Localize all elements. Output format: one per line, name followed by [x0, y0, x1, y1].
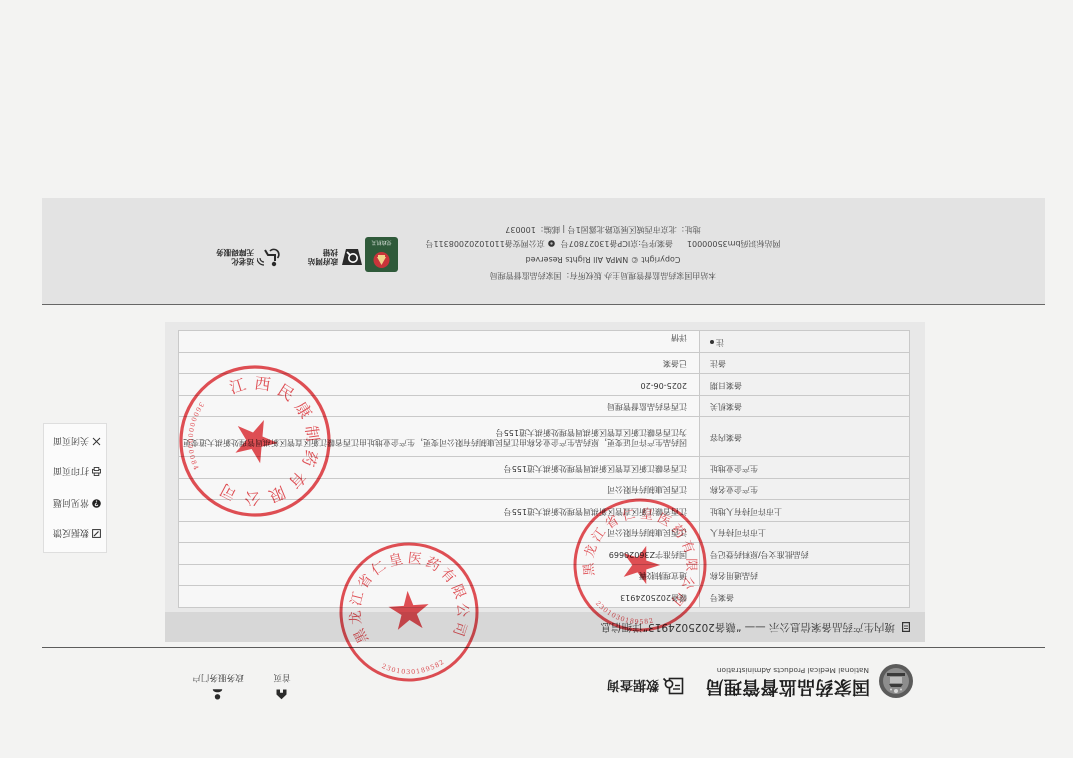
- document-icon: [902, 622, 910, 632]
- table-row: 备案内容 因药品生产许可证变更，原药品生产企业名称由江西民康制药有限公司变更，生…: [179, 417, 910, 457]
- faq-button[interactable]: 常见问题: [45, 494, 101, 514]
- badge-line: 适老化: [216, 257, 254, 266]
- footer-address: 地址：北京市西城区展览路北露园1号 | 邮编：100037: [363, 224, 843, 234]
- question-icon: [92, 500, 101, 509]
- magnifier-icon: [341, 247, 363, 267]
- row-label: 上市许可持有人: [700, 522, 910, 544]
- row-label: 药品通用名称: [700, 565, 910, 587]
- user-icon: [213, 689, 224, 700]
- row-label: 备案机关: [700, 396, 910, 418]
- table-row: 备案机关 江西省药品监督管理局: [179, 396, 910, 418]
- row-label: 备注: [700, 353, 910, 375]
- police-record-link[interactable]: 京公网安备11010202008311号: [425, 239, 544, 248]
- data-feedback-button[interactable]: 数据反馈: [45, 524, 101, 544]
- footer: [42, 198, 1045, 305]
- row-value: 江西省赣江新区直管区新祺周管理处新祺大道155号: [179, 457, 700, 479]
- gov-site-error-report-badge[interactable]: 政府网站 找错: [308, 247, 363, 267]
- row-value: 江西省药品监督管理局: [179, 396, 700, 418]
- row-value: 赣备2025024913: [179, 586, 700, 608]
- home-icon: [277, 689, 288, 700]
- row-value: 因药品生产许可证变更，原药品生产企业名称由江西民康制药有限公司变更，生产企业地址…: [179, 417, 700, 457]
- row-label: 生产企业名称: [700, 479, 910, 501]
- row-value: 江西民康制药有限公司: [179, 479, 700, 501]
- printed-web-page: 国家药品监督管理局 National Medical Products Admi…: [0, 0, 1073, 758]
- scanned-document: 国家药品监督管理局 National Medical Products Admi…: [0, 0, 1073, 758]
- badge-line: 找错: [308, 248, 338, 257]
- row-value: 2025-06-20: [179, 374, 700, 396]
- icp-link[interactable]: 备案序号:京ICP备13027807号: [561, 239, 673, 248]
- edit-icon: [92, 530, 101, 539]
- row-label: 生产企业地址: [700, 457, 910, 479]
- nav-home-label: 首页: [273, 672, 290, 684]
- nav-gov-service-portal-label: 政务服务门户: [192, 672, 244, 684]
- table-row: 备注 已备案: [179, 353, 910, 375]
- nav-home[interactable]: 首页: [252, 672, 312, 700]
- row-label: 上市许可持有人地址: [700, 500, 910, 522]
- footer-sponsor: 本站由国家药品监督管理局主办 版权所有：国家药品监督管理局: [363, 270, 843, 280]
- row-value: 通宣理肺胶囊: [179, 565, 700, 587]
- data-query-icon: [662, 678, 684, 696]
- national-emblem-icon: [878, 662, 914, 700]
- party-gov-badge-label: 党政机关: [365, 239, 398, 246]
- table-row: 备案日期 2025-06-20: [179, 374, 910, 396]
- party-emblem-icon: [365, 248, 398, 272]
- close-icon: [92, 438, 101, 447]
- row-label-cell: 注: [700, 331, 910, 353]
- detail-title: 境内生产药品备案信息公示 —— “赣备2025024913”详细信息: [601, 612, 895, 642]
- row-value: 国药准字Z36020669: [179, 543, 700, 565]
- site-code: 网站标识码bm35000001: [687, 239, 781, 248]
- row-value: 已备案: [179, 353, 700, 375]
- site-subtitle: National Medical Products Administration: [717, 666, 869, 675]
- table-row: 药品批准文号/原料药登记号 国药准字Z36020669: [179, 543, 910, 565]
- row-value: 江西民康制药有限公司: [179, 522, 700, 544]
- details-link[interactable]: 详情: [671, 333, 687, 342]
- print-icon: [92, 468, 101, 477]
- badge-line: 无障碍服务: [216, 248, 254, 257]
- table-row: 生产企业地址 江西省赣江新区直管区新祺周管理处新祺大道155号: [179, 457, 910, 479]
- print-page-button[interactable]: 打印页面: [45, 462, 101, 482]
- row-label: 备案内容: [700, 417, 910, 457]
- data-query-label: 数据查询: [607, 677, 659, 696]
- party-gov-badge[interactable]: 党政机关: [365, 237, 398, 272]
- table-row: 上市许可持有人 江西民康制药有限公司: [179, 522, 910, 544]
- floating-side-panel: 数据反馈 常见问题 打印页面: [43, 423, 107, 553]
- footer-registration: 网站标识码bm35000001备案序号:京ICP备13027807号京公网安备1…: [363, 238, 843, 248]
- site-title: 国家药品监督管理局: [705, 675, 870, 701]
- elderly-accessibility-badge[interactable]: 适老化 无障碍服务: [216, 247, 283, 267]
- accessibility-icon: [257, 247, 283, 267]
- detail-table: 备案号 赣备2025024913 药品通用名称 通宣理肺胶囊 药品批准文号/原料…: [178, 331, 910, 609]
- data-feedback-label: 数据反馈: [53, 528, 89, 541]
- badge-line: 政府网站: [308, 257, 338, 266]
- table-row: 上市许可持有人地址 江西省赣江新区直管区新祺周管理处新祺大道155号: [179, 500, 910, 522]
- table-row: 生产企业名称 江西民康制药有限公司: [179, 479, 910, 501]
- row-value: 江西省赣江新区直管区新祺周管理处新祺大道155号: [179, 500, 700, 522]
- row-label: 药品批准文号/原料药登记号: [700, 543, 910, 565]
- elderly-accessibility-text: 适老化 无障碍服务: [216, 248, 254, 266]
- faq-label: 常见问题: [53, 498, 89, 511]
- data-query-link[interactable]: 数据查询: [607, 677, 684, 696]
- detail-title-bar: 境内生产药品备案信息公示 —— “赣备2025024913”详细信息: [165, 612, 925, 642]
- gov-site-error-report-text: 政府网站 找错: [308, 248, 338, 266]
- row-label: 备案号: [700, 586, 910, 608]
- note-bullet-icon: [710, 340, 714, 344]
- police-badge-icon: [548, 240, 555, 247]
- print-page-label: 打印页面: [53, 466, 89, 479]
- close-page-label: 关闭页面: [53, 436, 89, 449]
- table-row: 备案号 赣备2025024913: [179, 586, 910, 608]
- row-value-cell: 详情: [179, 331, 700, 353]
- header-divider: [42, 647, 1045, 648]
- footer-copyright: Copyright © NMPA All Rights Reserved: [363, 254, 843, 264]
- close-page-button[interactable]: 关闭页面: [45, 432, 101, 452]
- table-row: 药品通用名称 通宣理肺胶囊: [179, 565, 910, 587]
- row-label: 注: [716, 338, 724, 347]
- nav-gov-service-portal[interactable]: 政务服务门户: [188, 672, 248, 700]
- row-label: 备案日期: [700, 374, 910, 396]
- table-row: 注 详情: [179, 331, 910, 353]
